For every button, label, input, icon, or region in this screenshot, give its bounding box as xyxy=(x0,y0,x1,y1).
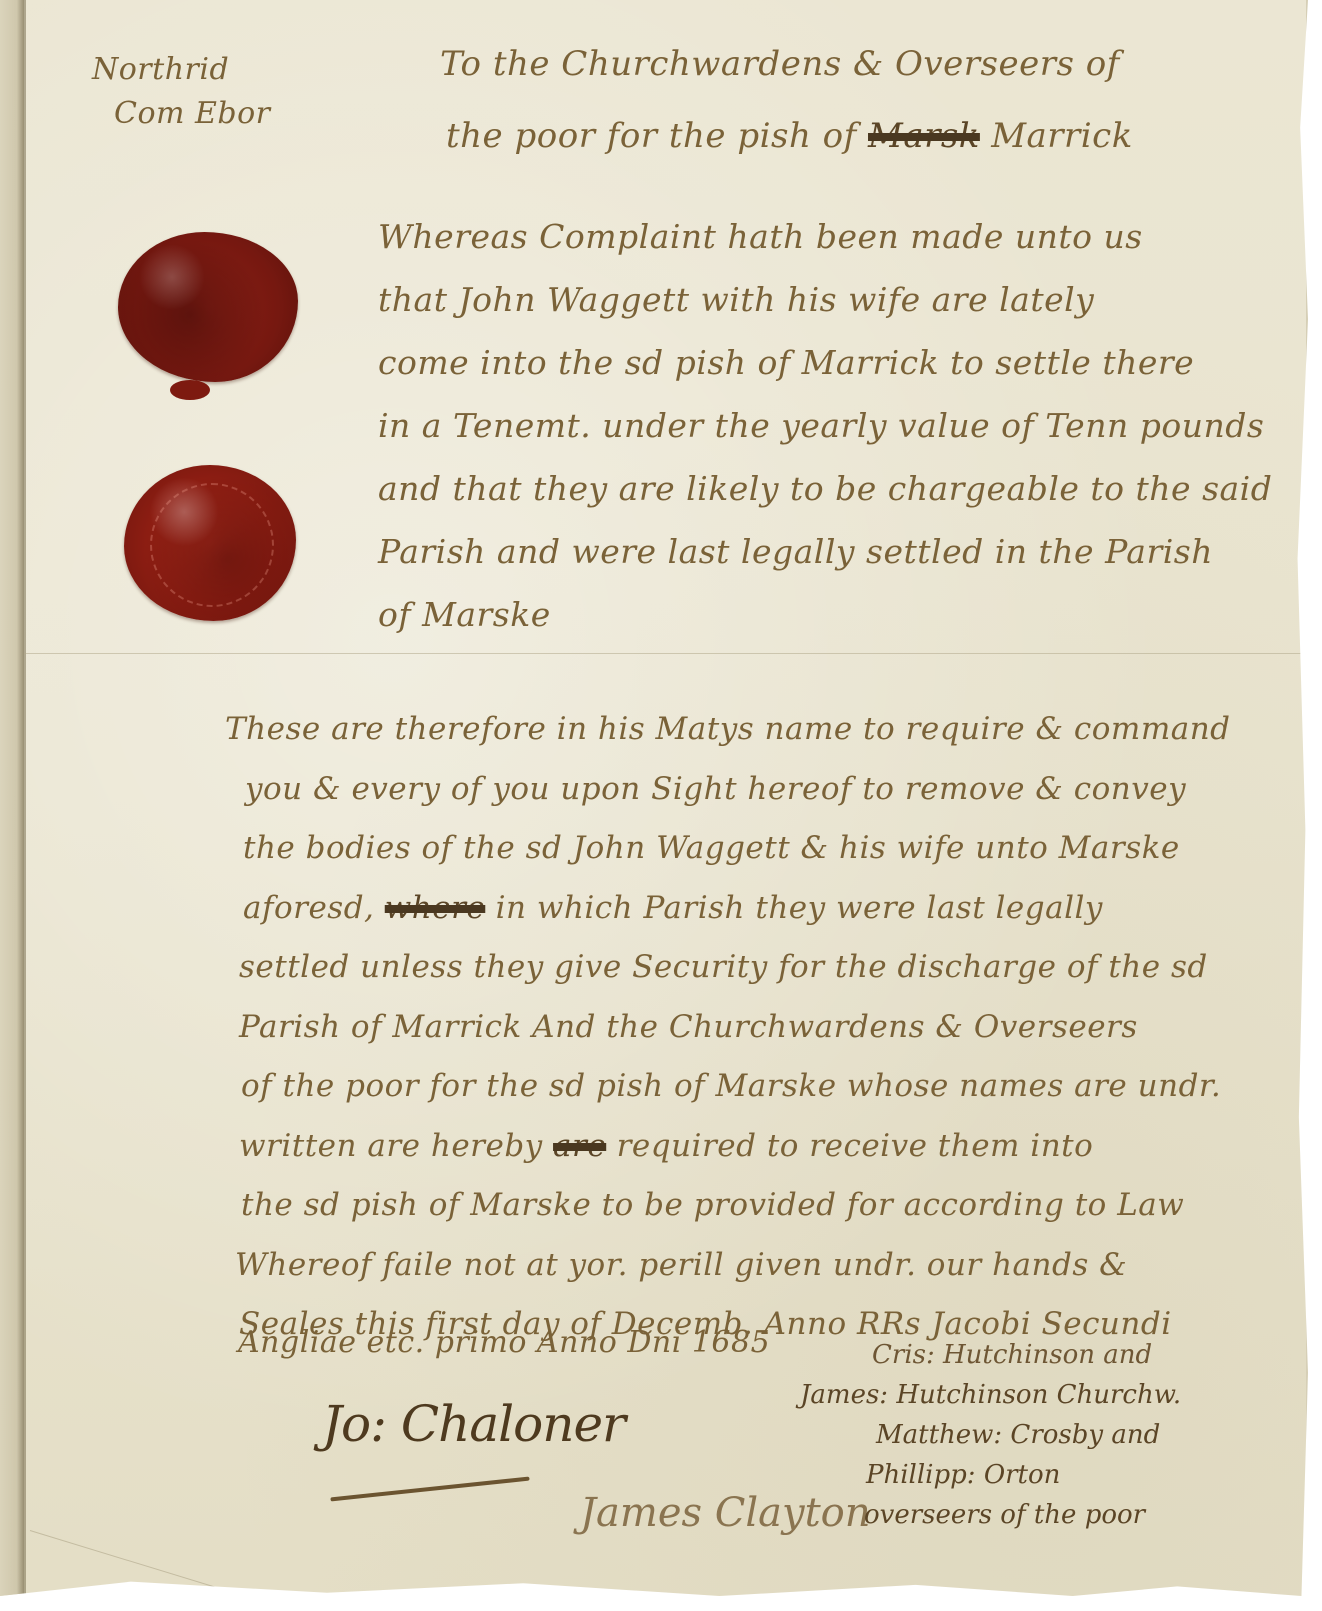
complaint-line: in a Tenemt. under the yearly value of T… xyxy=(378,394,1272,457)
complaint-line: come into the sd pish of Marrick to sett… xyxy=(378,331,1272,394)
diagonal-crease xyxy=(30,1530,222,1589)
officer-signature: Phillipp: Orton xyxy=(800,1455,1181,1495)
officer-signature: overseers of the poor xyxy=(800,1495,1181,1535)
wax-drip xyxy=(170,380,210,400)
address-block: To the Churchwardens & Overseers of the … xyxy=(440,28,1133,172)
wax-seal-icon xyxy=(124,465,296,621)
complaint-line: and that they are likely to be chargeabl… xyxy=(378,457,1272,520)
order-paragraph: These are therefore in his Matys name to… xyxy=(225,700,1231,1355)
order-line-start: written are hereby xyxy=(239,1128,543,1164)
wax-seal-icon xyxy=(118,232,298,382)
struck-out-word: where xyxy=(385,890,486,926)
vertical-fold-line xyxy=(24,0,26,1596)
officer-signature: Cris: Hutchinson and xyxy=(800,1335,1181,1375)
order-line: the bodies of the sd John Waggett & his … xyxy=(225,819,1231,879)
address-line-2-start: the poor for the pish of xyxy=(446,116,857,156)
horizontal-fold-line xyxy=(24,653,1304,654)
complaint-line: of Marske xyxy=(378,583,1272,646)
officer-signatures: Cris: Hutchinson and James: Hutchinson C… xyxy=(800,1335,1181,1535)
venue-heading: Northrid Com Ebor xyxy=(92,48,271,136)
struck-out-word: are xyxy=(553,1128,606,1164)
address-line-2-end: Marrick xyxy=(991,116,1133,156)
order-line: of the poor for the sd pish of Marske wh… xyxy=(225,1057,1231,1117)
seal-impression-ring xyxy=(150,483,274,607)
order-line-start: aforesd, xyxy=(243,890,374,926)
complaint-paragraph: Whereas Complaint hath been made unto us… xyxy=(378,205,1272,646)
address-line-1: To the Churchwardens & Overseers of xyxy=(440,28,1133,100)
order-line: written are hereby are required to recei… xyxy=(225,1117,1231,1177)
address-line-2: the poor for the pish of Marsk Marrick xyxy=(440,100,1133,172)
officer-signature: James: Hutchinson Churchw. xyxy=(800,1375,1181,1415)
complaint-line: Whereas Complaint hath been made unto us xyxy=(378,205,1272,268)
order-line: the sd pish of Marske to be provided for… xyxy=(225,1176,1231,1236)
order-line: Parish of Marrick And the Churchwardens … xyxy=(225,998,1231,1058)
complaint-line: that John Waggett with his wife are late… xyxy=(378,268,1272,331)
order-line-end: in which Parish they were last legally xyxy=(496,890,1103,926)
struck-out-word: Marsk xyxy=(868,116,980,156)
order-line: Whereof faile not at yor. perill given u… xyxy=(225,1236,1231,1296)
complaint-line: Parish and were last legally settled in … xyxy=(378,520,1272,583)
justice-signature-1: Jo: Chaloner xyxy=(322,1395,625,1453)
binding-strip xyxy=(0,0,24,1596)
venue-line-2: Com Ebor xyxy=(92,92,271,136)
order-line: settled unless they give Security for th… xyxy=(225,938,1231,998)
order-line: you & every of you upon Sight hereof to … xyxy=(225,760,1231,820)
signature-flourish xyxy=(330,1477,529,1502)
order-line-end: required to receive them into xyxy=(617,1128,1094,1164)
manuscript-page: Northrid Com Ebor To the Churchwardens &… xyxy=(0,0,1308,1596)
order-line: These are therefore in his Matys name to… xyxy=(225,700,1231,760)
officer-signature: Matthew: Crosby and xyxy=(800,1415,1181,1455)
regnal-date-line: Angliae etc. primo Anno Dni 1685 xyxy=(238,1325,770,1360)
venue-line-1: Northrid xyxy=(92,48,271,92)
order-line: aforesd, where in which Parish they were… xyxy=(225,879,1231,939)
